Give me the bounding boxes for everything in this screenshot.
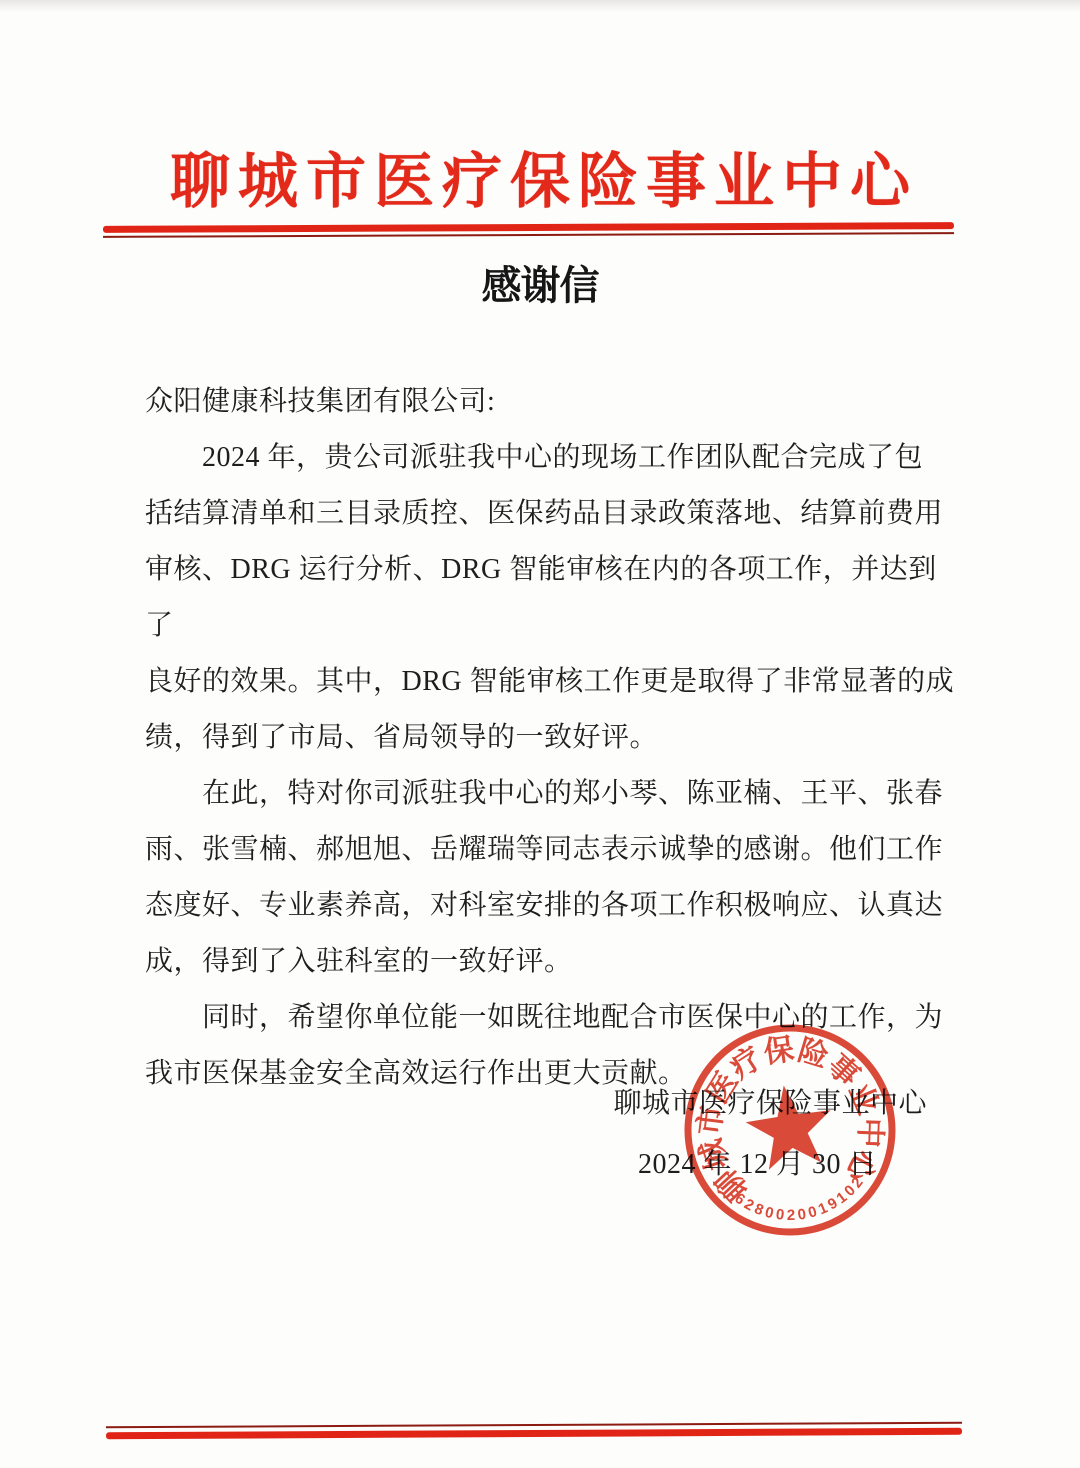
header-rule-thick	[103, 222, 954, 233]
seal-char: 保	[762, 1033, 796, 1070]
letter-page: 聊城市医疗保险事业中心 感谢信 众阳健康科技集团有限公司: 2024 年，贵公司…	[0, 0, 1080, 1468]
scan-artifact	[0, 0, 1080, 12]
official-seal-graphic: 聊城市医疗保险事业中心 2019100200826	[643, 983, 937, 1277]
salutation: 众阳健康科技集团有限公司:	[145, 374, 957, 430]
seal-char: 中	[852, 1117, 886, 1148]
seal-char: 0	[797, 1206, 808, 1224]
footer-rule-thick	[106, 1428, 962, 1439]
letterhead-title: 聊城市医疗保险事业中心	[0, 152, 1080, 212]
header-rule-thin	[103, 232, 954, 238]
header-rule	[103, 222, 954, 238]
seal-char: 0	[775, 1206, 785, 1224]
footer-rule-thin	[106, 1422, 962, 1428]
seal-char: 2	[787, 1207, 796, 1224]
letter-title: 感谢信	[0, 264, 1080, 308]
seal-char: 0	[763, 1204, 775, 1223]
seal-star-icon	[741, 1079, 837, 1172]
paragraph-1: 2024 年，贵公司派驻我中心的现场工作团队配合完成了包 括结算清单和三目录质控…	[145, 430, 957, 766]
footer-rule	[106, 1422, 962, 1439]
paragraph-2: 在此，特对你司派驻我中心的郑小琴、陈亚楠、王平、张春 雨、张雪楠、郝旭旭、岳耀瑞…	[145, 766, 957, 990]
official-seal: 聊城市医疗保险事业中心 2019100200826	[643, 983, 937, 1277]
seal-char: 市	[693, 1103, 729, 1137]
